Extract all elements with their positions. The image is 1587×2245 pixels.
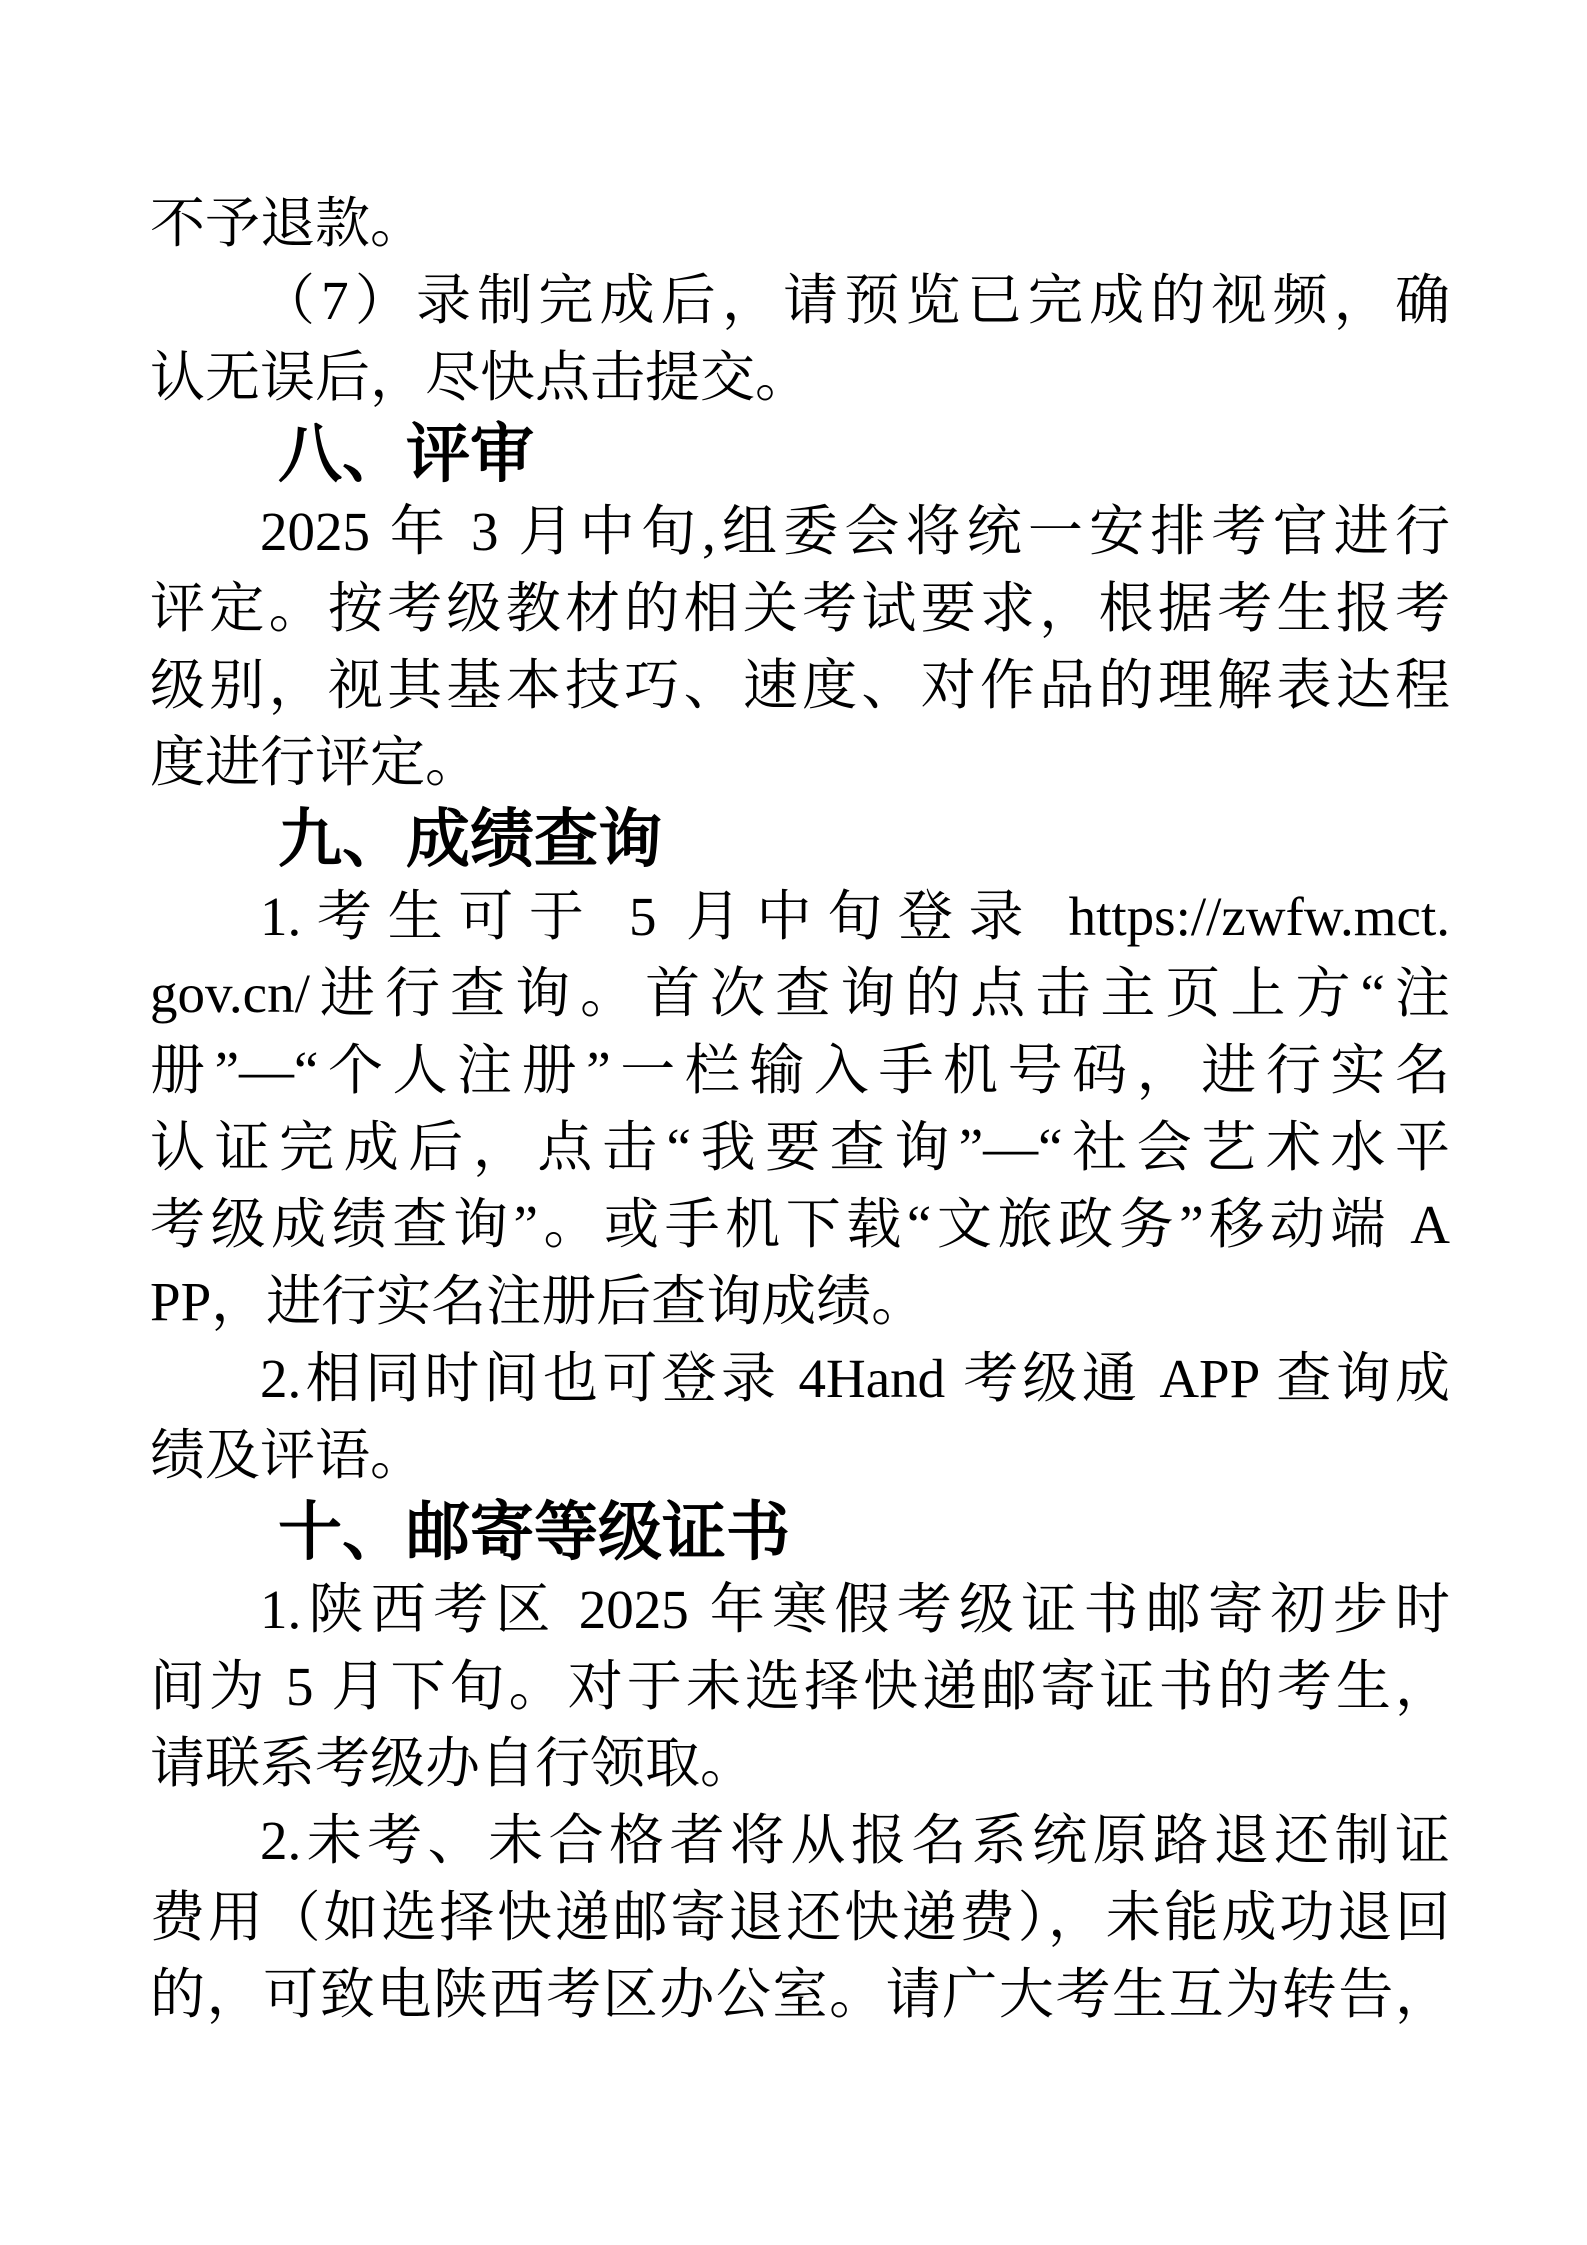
document-content: 不予退款。（7）录制完成后，请预览已完成的视频，确认无误后，尽快点击提交。八、评…: [150, 185, 1450, 2033]
text-line: PP，进行实名注册后查询成绩。: [150, 1263, 1450, 1340]
text-line: （7）录制完成后，请预览已完成的视频，确: [150, 262, 1450, 339]
section-heading: 十、邮寄等级证书: [150, 1494, 1450, 1571]
text-line: 费用（如选择快递邮寄退还快递费），未能成功退回: [150, 1879, 1450, 1956]
text-line: 级别，视其基本技巧、速度、对作品的理解表达程: [150, 647, 1450, 724]
text-line: 绩及评语。: [150, 1417, 1450, 1494]
text-line: 考级成绩查询”。或手机下载“文旅政务”移动端 A: [150, 1186, 1450, 1263]
text-line: 间为 5 月下旬。对于未选择快递邮寄证书的考生，: [150, 1648, 1450, 1725]
text-line: gov.cn/进行查询。首次查询的点击主页上方“注: [150, 955, 1450, 1032]
text-line: 不予退款。: [150, 185, 1450, 262]
text-line: 请联系考级办自行领取。: [150, 1725, 1450, 1802]
section-heading: 九、成绩查询: [150, 801, 1450, 878]
text-line: 的，可致电陕西考区办公室。请广大考生互为转告，: [150, 1956, 1450, 2033]
text-line: 认无误后，尽快点击提交。: [150, 339, 1450, 416]
text-line: 1.考生可于 5 月中旬登录 https://zwfw.mct.: [150, 878, 1450, 955]
text-line: 认证完成后，点击“我要查询”—“社会艺术水平: [150, 1109, 1450, 1186]
text-line: 度进行评定。: [150, 724, 1450, 801]
text-line: 1.陕西考区 2025 年寒假考级证书邮寄初步时: [150, 1571, 1450, 1648]
section-heading: 八、评审: [150, 416, 1450, 493]
text-line: 2025 年 3 月中旬,组委会将统一安排考官进行: [150, 493, 1450, 570]
text-line: 2.未考、未合格者将从报名系统原路退还制证: [150, 1802, 1450, 1879]
text-line: 册”—“个人注册”一栏输入手机号码，进行实名: [150, 1032, 1450, 1109]
text-line: 评定。按考级教材的相关考试要求，根据考生报考: [150, 570, 1450, 647]
document-page: 不予退款。（7）录制完成后，请预览已完成的视频，确认无误后，尽快点击提交。八、评…: [0, 0, 1587, 2245]
text-line: 2.相同时间也可登录 4Hand 考级通 APP 查询成: [150, 1340, 1450, 1417]
